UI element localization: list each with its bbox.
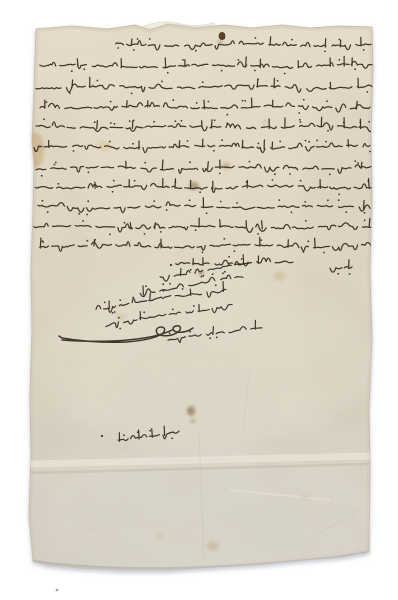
diacritic-dot (199, 191, 201, 193)
diacritic-dot (246, 181, 248, 183)
diacritic-dot (163, 290, 165, 292)
diacritic-dot (112, 191, 114, 193)
diacritic-dot (303, 251, 305, 253)
diacritic-dot (298, 112, 300, 114)
ink-dot (101, 435, 103, 437)
background-speck (56, 589, 59, 592)
diacritic-dot (167, 72, 169, 74)
diacritic-dot (220, 201, 222, 203)
stain (263, 120, 268, 124)
diacritic-dot (228, 256, 230, 258)
diacritic-dot (123, 434, 125, 436)
diacritic-dot (193, 305, 195, 307)
diacritic-dot (132, 143, 134, 145)
diacritic-dot (83, 68, 85, 70)
diacritic-dot (195, 50, 197, 52)
diacritic-dot (58, 183, 60, 185)
diacritic-dot (172, 309, 174, 311)
diacritic-dot (153, 121, 155, 123)
diacritic-dot (215, 284, 217, 286)
diacritic-dot (367, 180, 369, 182)
diacritic-dot (238, 59, 240, 61)
diacritic-dot (343, 122, 345, 124)
diacritic-dot (161, 81, 163, 83)
diacritic-dot (354, 160, 356, 162)
diacritic-dot (196, 102, 198, 104)
diacritic-dot (284, 73, 286, 75)
diacritic-dot (305, 220, 307, 222)
diacritic-dot (143, 295, 145, 297)
stain (190, 419, 195, 423)
diacritic-dot (132, 297, 134, 299)
diacritic-dot (299, 119, 301, 121)
diacritic-dot (153, 200, 155, 202)
stain (187, 406, 195, 416)
diacritic-dot (187, 140, 189, 142)
diacritic-dot (41, 175, 43, 177)
diacritic-dot (137, 431, 139, 433)
diacritic-dot (202, 81, 204, 83)
diacritic-dot (278, 199, 280, 201)
diacritic-dot (189, 161, 191, 163)
diacritic-dot (327, 130, 329, 132)
diacritic-dot (234, 250, 236, 252)
ink-dot (170, 264, 172, 266)
diacritic-dot (223, 37, 225, 39)
diacritic-dot (144, 233, 146, 235)
diacritic-dot (300, 121, 302, 123)
diacritic-dot (258, 143, 260, 145)
diacritic-dot (97, 80, 99, 82)
diacritic-dot (366, 91, 368, 93)
diacritic-dot (182, 59, 184, 61)
diacritic-dot (226, 114, 228, 116)
diacritic-dot (117, 47, 119, 49)
diacritic-dot (195, 229, 197, 231)
diacritic-dot (359, 121, 361, 123)
diacritic-dot (307, 240, 309, 242)
diacritic-dot (255, 37, 257, 39)
stain (273, 271, 285, 280)
diacritic-dot (86, 214, 88, 216)
diacritic-dot (87, 200, 89, 202)
diacritic-dot (274, 173, 276, 175)
diacritic-dot (144, 162, 146, 164)
diacritic-dot (129, 120, 131, 122)
diacritic-dot (325, 141, 327, 143)
diacritic-dot (71, 70, 73, 72)
paper-surface (4, 20, 398, 585)
diacritic-dot (42, 200, 44, 202)
diacritic-dot (88, 171, 90, 173)
diacritic-dot (338, 199, 340, 201)
diacritic-dot (149, 430, 151, 432)
diacritic-dot (109, 233, 111, 235)
diacritic-dot (166, 209, 168, 211)
diacritic-dot (339, 59, 341, 61)
diacritic-dot (260, 239, 262, 241)
diacritic-dot (162, 283, 164, 285)
diacritic-dot (357, 162, 359, 164)
diacritic-dot (339, 39, 341, 41)
diacritic-dot (82, 220, 84, 222)
stain (222, 163, 230, 170)
diacritic-dot (236, 202, 238, 204)
diacritic-dot (87, 240, 89, 242)
diacritic-dot (119, 328, 121, 330)
diacritic-dot (221, 139, 223, 141)
diacritic-dot (329, 174, 331, 176)
diacritic-dot (133, 49, 135, 51)
stain (117, 314, 125, 321)
diacritic-dot (46, 101, 48, 103)
diacritic-dot (326, 100, 328, 102)
diacritic-dot (206, 212, 208, 214)
diacritic-dot (94, 239, 96, 241)
diacritic-dot (182, 288, 184, 290)
diacritic-dot (369, 151, 371, 153)
diacritic-dot (175, 181, 177, 183)
diacritic-dot (214, 119, 216, 121)
diacritic-dot (124, 222, 126, 224)
diacritic-dot (149, 38, 151, 40)
diacritic-dot (349, 273, 351, 275)
diacritic-dot (219, 173, 221, 175)
diacritic-dot (110, 101, 112, 103)
diacritic-dot (190, 269, 192, 271)
diacritic-dot (345, 211, 347, 213)
diacritic-dot (364, 212, 366, 214)
diacritic-dot (169, 332, 171, 334)
diacritic-dot (78, 213, 80, 215)
diacritic-dot (160, 231, 162, 233)
diacritic-dot (221, 70, 223, 72)
diacritic-dot (94, 121, 96, 123)
diacritic-dot (69, 92, 71, 94)
diacritic-dot (249, 161, 251, 163)
diacritic-dot (104, 302, 106, 304)
diacritic-dot (257, 79, 259, 81)
diacritic-dot (169, 283, 171, 285)
diacritic-dot (131, 93, 133, 95)
diacritic-dot (368, 121, 370, 123)
diacritic-dot (42, 241, 44, 243)
diacritic-dot (202, 252, 204, 254)
diacritic-dot (172, 99, 174, 101)
diacritic-dot (137, 38, 139, 40)
diacritic-dot (363, 49, 365, 51)
diacritic-dot (304, 201, 306, 203)
diacritic-dot (226, 122, 228, 124)
diacritic-dot (279, 141, 281, 143)
diacritic-dot (291, 39, 293, 41)
diacritic-dot (354, 68, 356, 70)
diacritic-dot (109, 141, 111, 143)
diacritic-dot (171, 437, 173, 439)
diacritic-dot (201, 276, 203, 278)
diacritic-dot (224, 271, 226, 273)
diacritic-dot (189, 199, 191, 201)
diacritic-dot (291, 211, 293, 213)
stain (218, 40, 222, 44)
diacritic-dot (114, 311, 116, 313)
diacritic-dot (145, 285, 147, 287)
diacritic-dot (272, 179, 274, 181)
stain (301, 494, 309, 500)
stain (207, 541, 219, 550)
diacritic-dot (316, 140, 318, 142)
diacritic-dot (303, 99, 305, 101)
diacritic-dot (73, 150, 75, 152)
diacritic-dot (308, 141, 310, 143)
diacritic-dot (134, 180, 136, 182)
diacritic-dot (212, 273, 214, 275)
diacritic-dot (118, 317, 120, 319)
diacritic-dot (277, 80, 279, 82)
diacritic-dot (112, 312, 114, 314)
diacritic-dot (179, 341, 181, 343)
diacritic-dot (181, 120, 183, 122)
diacritic-dot (114, 123, 116, 125)
diacritic-dot (242, 100, 244, 102)
stain (157, 534, 163, 539)
diacritic-dot (47, 211, 49, 213)
diacritic-dot (55, 162, 57, 164)
diacritic-dot (202, 275, 204, 277)
letter-photograph (0, 0, 398, 600)
diacritic-dot (289, 173, 291, 175)
diacritic-dot (209, 337, 211, 339)
diacritic-dot (43, 118, 45, 120)
diacritic-dot (143, 311, 145, 313)
diacritic-dot (241, 258, 243, 260)
diacritic-dot (54, 164, 56, 166)
diacritic-dot (257, 233, 259, 235)
diacritic-dot (300, 180, 302, 182)
diacritic-dot (244, 100, 246, 102)
diacritic-dot (323, 252, 325, 254)
diacritic-dot (175, 120, 177, 122)
diacritic-dot (208, 101, 210, 103)
diacritic-dot (338, 193, 340, 195)
diacritic-dot (216, 336, 218, 338)
diacritic-dot (113, 180, 115, 182)
diacritic-dot (222, 272, 224, 274)
diacritic-dot (223, 238, 225, 240)
photo-backdrop (0, 0, 398, 600)
diacritic-dot (133, 120, 135, 122)
diacritic-dot (305, 140, 307, 142)
diacritic-dot (254, 70, 256, 72)
diacritic-dot (327, 199, 329, 201)
diacritic-dot (213, 150, 215, 152)
diacritic-dot (337, 273, 339, 275)
diacritic-dot (119, 299, 121, 301)
diacritic-dot (324, 51, 326, 53)
diacritic-dot (364, 219, 366, 221)
diacritic-dot (110, 122, 112, 124)
